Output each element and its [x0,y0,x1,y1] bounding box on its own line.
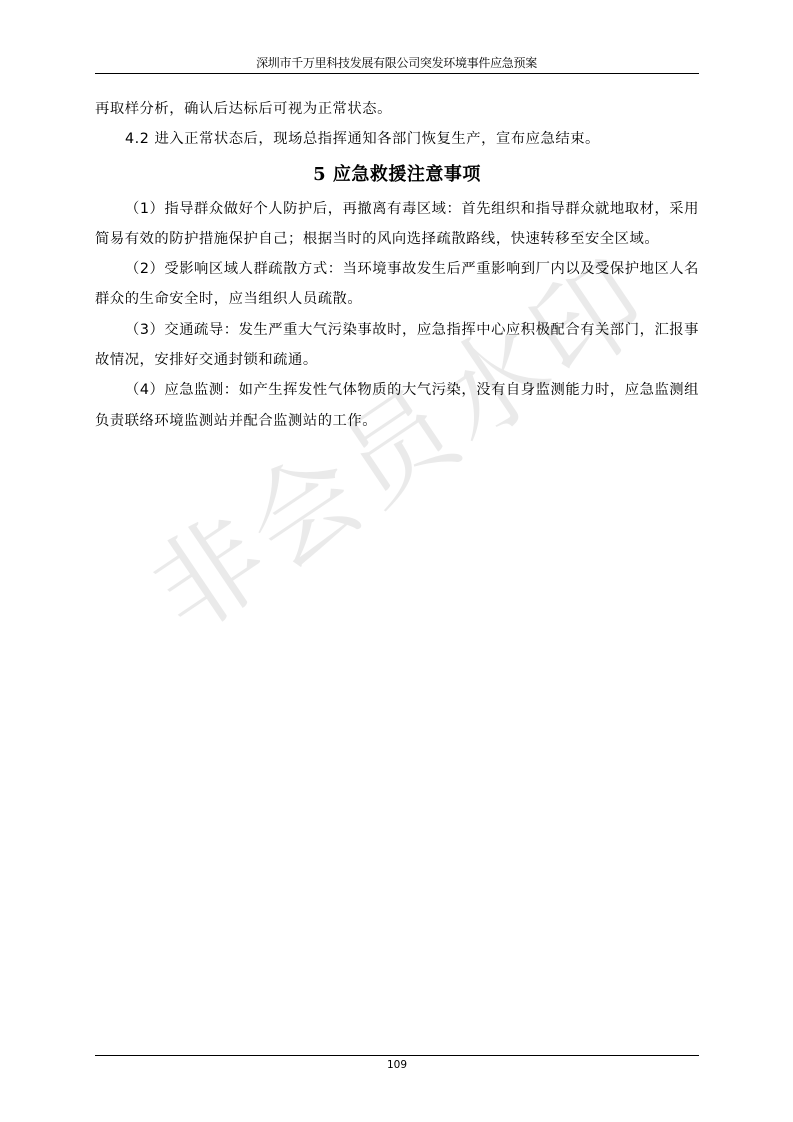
list-item: （3）交通疏导：发生严重大气污染事故时，应急指挥中心应积极配合有关部门，汇报事故… [95,315,699,376]
footer-divider [95,1055,699,1056]
document-body: 再取样分析，确认后达标后可视为正常状态。 4.2 进入正常状态后，现场总指挥通知… [95,94,699,436]
list-item: （2）受影响区域人群疏散方式：当环境事故发生后严重影响到厂内以及受保护地区人名群… [95,254,699,315]
section-heading: 5 应急救援注意事项 [95,157,699,193]
page-header-title: 深圳市千万里科技发展有限公司突发环境事件应急预案 [95,56,698,70]
list-item: （1）指导群众做好个人防护后，再撤离有毒区域：首先组织和指导群众就地取材，采用简… [95,194,699,255]
paragraph-continuation: 再取样分析，确认后达标后可视为正常状态。 [95,94,699,124]
paragraph-4-2: 4.2 进入正常状态后，现场总指挥通知各部门恢复生产，宣布应急结束。 [95,124,699,154]
page-number: 109 [95,1059,699,1071]
list-item: （4）应急监测：如产生挥发性气体物质的大气污染，没有自身监测能力时，应急监测组负… [95,375,699,436]
header-divider [95,73,699,74]
